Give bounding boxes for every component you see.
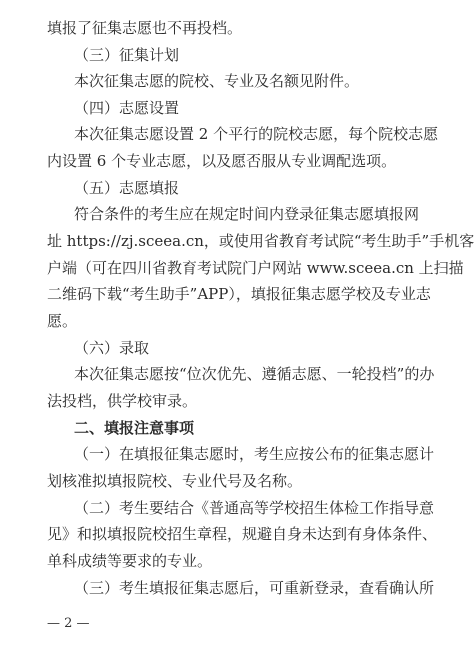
paragraph-line: （三）考生填报征集志愿后，可重新登录，查看确认所 <box>74 579 400 597</box>
subheading-zhiyuan-shezhi: （四）志愿设置 <box>74 99 400 117</box>
paragraph-line: （二）考生要结合《普通高等学校招生体检工作指导意 <box>74 499 400 517</box>
paragraph-line: 本次征集志愿的院校、专业及名额见附件。 <box>74 72 400 90</box>
text-line: 愿。 <box>47 312 400 330</box>
paragraph-line: （一）在填报征集志愿时，考生应按公布的征集志愿计 <box>74 445 400 463</box>
document-page: 填报了征集志愿也不再投档。 （三）征集计划 本次征集志愿的院校、专业及名额见附件… <box>0 0 474 658</box>
text-line: 单科成绩等要求的专业。 <box>47 552 400 570</box>
section-heading: 二、填报注意事项 <box>74 419 400 437</box>
text-line: 二维码下载“考生助手”APP），填报征集志愿学校及专业志 <box>47 285 400 303</box>
text-line: 法投档，供学校审录。 <box>47 392 400 410</box>
text-line-url: 址 https://zj.sceea.cn，或使用省教育考试院“考生助手”手机客 <box>47 232 400 250</box>
subheading-luqu: （六）录取 <box>74 339 400 357</box>
page-number: — 2 — <box>47 616 90 631</box>
paragraph-line: 本次征集志愿按“位次优先、遵循志愿、一轮投档”的办 <box>74 365 400 383</box>
text-line: 填报了征集志愿也不再投档。 <box>47 19 400 37</box>
text-line-url: 户端（可在四川省教育考试院门户网站 www.sceea.cn 上扫描 <box>47 259 400 277</box>
text-line: 内设置 6 个专业志愿，以及愿否服从专业调配选项。 <box>47 152 400 170</box>
paragraph-line: 本次征集志愿设置 2 个平行的院校志愿，每个院校志愿 <box>74 125 400 143</box>
subheading-zhiyuan-tianbao: （五）志愿填报 <box>74 179 400 197</box>
paragraph-line: 符合条件的考生应在规定时间内登录征集志愿填报网 <box>74 205 400 223</box>
text-line: 见》和拟填报院校招生章程，规避自身未达到有身体条件、 <box>47 525 400 543</box>
text-line: 划核准拟填报院校、专业代号及名称。 <box>47 472 400 490</box>
subheading-zhengji-jihua: （三）征集计划 <box>74 46 400 64</box>
